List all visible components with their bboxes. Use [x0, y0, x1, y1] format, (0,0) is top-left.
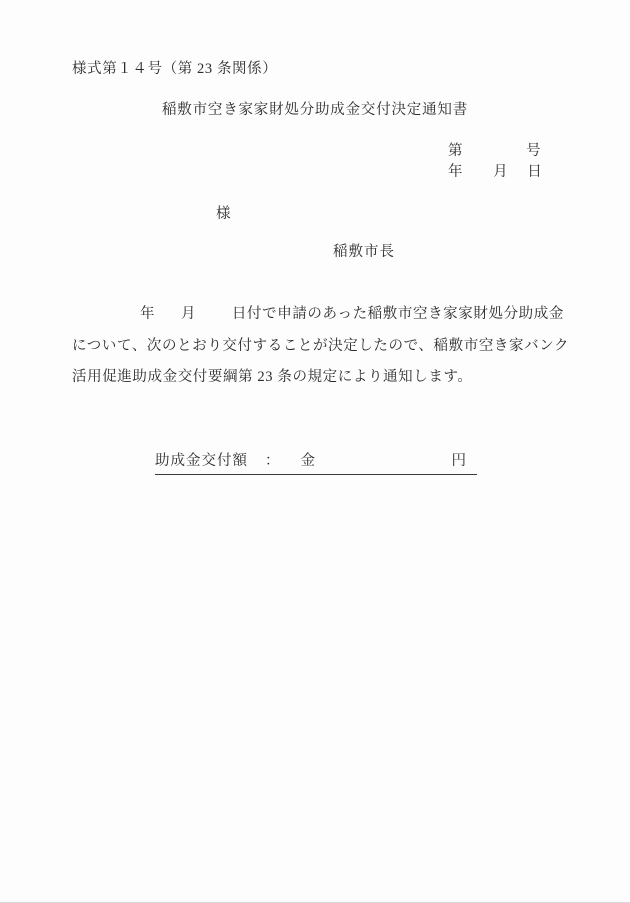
grant-amount-line: 助成金交付額 ： 金 円	[155, 449, 477, 475]
document-number-line: 第 号	[448, 139, 541, 160]
document-title: 稲敷市空き家家財処分助成金交付決定通知書	[0, 98, 630, 119]
application-date-month-label: 月	[181, 303, 196, 326]
body-line-3: 活用促進助成金交付要綱第 23 条の規定により通知します。	[72, 366, 564, 398]
grant-amount-colon: ：	[265, 449, 281, 470]
issue-date-month-label: 月	[493, 160, 508, 181]
issue-date-year-label: 年	[448, 160, 463, 181]
grant-amount-currency-prefix: 金	[301, 449, 317, 470]
doc-number-suffix-label: 号	[526, 139, 541, 160]
addressee-honorific-label: 様	[216, 202, 231, 223]
body-paragraph: 年 月 日付で申請のあった稲敷市空き家家財処分助成金 について、次のとおり交付す…	[72, 303, 564, 398]
grant-amount-label: 助成金交付額	[155, 449, 248, 470]
body-line-3-text: 活用促進助成金交付要綱第 23 条の規定により通知します。	[72, 369, 473, 385]
body-line-2: について、次のとおり交付することが決定したので、稲敷市空き家バンク	[72, 335, 564, 367]
doc-number-prefix-label: 第	[448, 139, 463, 160]
form-number-label: 様式第１４号（第 23 条関係）	[72, 57, 277, 78]
grant-amount-currency-suffix: 円	[452, 449, 468, 470]
issue-date-day-label: 日	[527, 160, 542, 181]
body-line-1-text: 日付で申請のあった稲敷市空き家家財処分助成金	[232, 303, 564, 326]
document-page: 様式第１４号（第 23 条関係） 稲敷市空き家家財処分助成金交付決定通知書 第 …	[0, 0, 630, 903]
issue-date-line: 年 月 日	[448, 160, 542, 181]
body-line-1: 年 月 日付で申請のあった稲敷市空き家家財処分助成金	[72, 303, 564, 335]
application-date-year-label: 年	[140, 303, 155, 326]
sender-title-label: 稲敷市長	[333, 240, 395, 261]
body-line-2-text: について、次のとおり交付することが決定したので、稲敷市空き家バンク	[72, 338, 569, 354]
